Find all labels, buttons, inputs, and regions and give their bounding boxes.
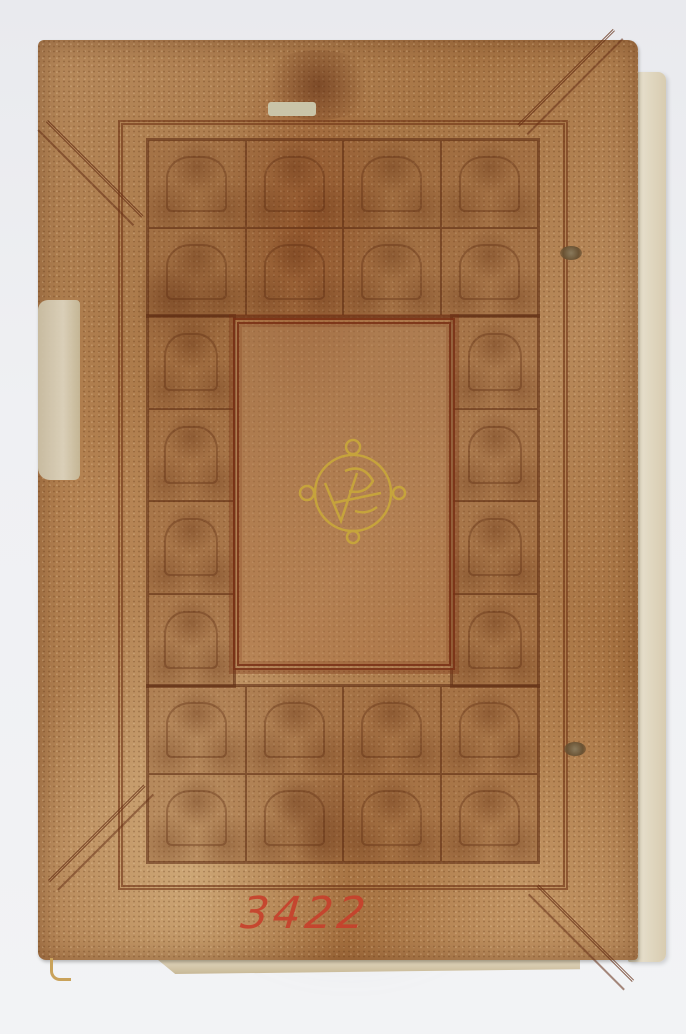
floral-tile	[441, 140, 539, 228]
floral-tile	[452, 501, 538, 594]
clasp-hole	[564, 742, 586, 756]
floral-tile	[452, 594, 538, 687]
floral-tile	[246, 686, 344, 774]
tooled-tile-band-right	[450, 314, 540, 688]
loose-thread	[50, 958, 71, 981]
tooled-tile-band-top	[146, 138, 540, 318]
floral-tile	[343, 228, 441, 316]
floral-tile	[343, 686, 441, 774]
floral-tile	[343, 140, 441, 228]
floral-tile	[441, 774, 539, 862]
paper-repair-patch	[268, 102, 316, 116]
floral-tile	[452, 409, 538, 502]
floral-tile	[148, 316, 234, 409]
gilt-monogram-emblem-icon	[293, 433, 413, 553]
floral-tile	[452, 316, 538, 409]
floral-tile	[148, 409, 234, 502]
floral-tile	[441, 228, 539, 316]
book-cover: 3422	[38, 40, 638, 960]
floral-tile	[441, 686, 539, 774]
floral-tile	[246, 140, 344, 228]
shelfmark-number: 3422	[238, 888, 371, 939]
floral-tile	[148, 686, 246, 774]
spine-paper-label	[38, 300, 80, 480]
floral-tile	[148, 501, 234, 594]
clasp-hole	[560, 246, 582, 260]
floral-tile	[343, 774, 441, 862]
tooled-tile-band-bottom	[146, 684, 540, 864]
floral-tile	[148, 774, 246, 862]
tooled-tile-band-left	[146, 314, 236, 688]
floral-tile	[246, 774, 344, 862]
floral-tile	[246, 228, 344, 316]
floral-tile	[148, 228, 246, 316]
floral-tile	[148, 594, 234, 687]
floral-tile	[148, 140, 246, 228]
